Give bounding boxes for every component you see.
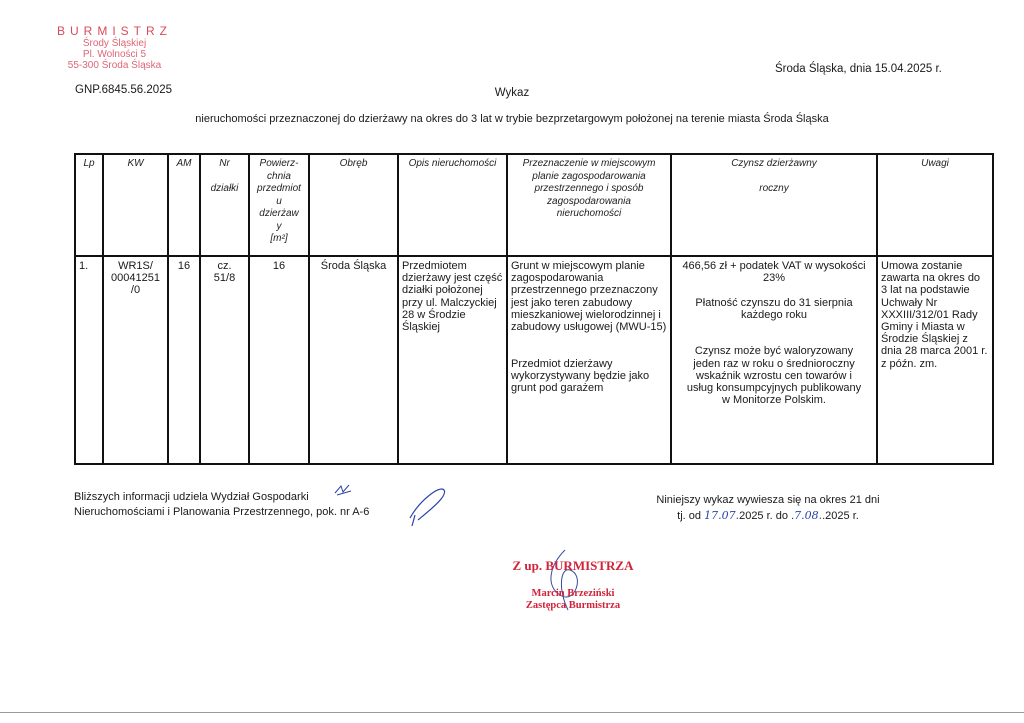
cell-obreb: Środa Śląska bbox=[309, 256, 398, 464]
cell-powierzchnia: 16 bbox=[249, 256, 309, 464]
header-text: Uwagi bbox=[921, 158, 949, 169]
cell-am: 16 bbox=[168, 256, 200, 464]
posting-prefix: tj. od bbox=[677, 510, 704, 522]
cell-kw: WR1S/ 00041251 /0 bbox=[103, 256, 168, 464]
stamp-line: 55-300 Środa Śląska bbox=[52, 60, 177, 71]
cell-przeznaczenie: Grunt w miejscowym planie zagospodarowan… bbox=[507, 256, 671, 464]
place-date: Środa Śląska, dnia 15.04.2025 r. bbox=[775, 63, 942, 75]
posting-to-date: 7.08. bbox=[794, 509, 822, 522]
mayor-stamp: BURMISTRZ Środy Śląskiej Pl. Wolności 5 … bbox=[52, 24, 177, 71]
header-nr-dzialki: Nr działki bbox=[200, 154, 249, 256]
header-am: AM bbox=[168, 154, 200, 256]
cell-czynsz: 466,56 zł + podatek VAT w wysokości 23% … bbox=[671, 256, 877, 464]
initials-mark-icon bbox=[333, 483, 355, 497]
header-text: Obręb bbox=[340, 158, 368, 169]
header-text: Przeznaczenie w miejscowym planie zagosp… bbox=[523, 158, 656, 219]
property-table: Lp KW AM Nr działki Powierz- chnia przed… bbox=[74, 153, 994, 465]
document-heading: Wykaz bbox=[0, 87, 1024, 99]
header-opis: Opis nieruchomości bbox=[398, 154, 507, 256]
signature-name: Marcin Brzeziński bbox=[498, 588, 648, 600]
cell-opis: Przedmiotem dzierżawy jest część działki… bbox=[398, 256, 507, 464]
stamp-line: Pl. Wolności 5 bbox=[52, 49, 177, 60]
header-obreb: Obręb bbox=[309, 154, 398, 256]
header-text: Powierz- chnia przedmiot u dzierżaw y [m… bbox=[257, 158, 301, 244]
cell-uwagi: Umowa zostanie zawarta na okres do 3 lat… bbox=[877, 256, 993, 464]
header-text: Lp bbox=[83, 158, 94, 169]
table-header-row: Lp KW AM Nr działki Powierz- chnia przed… bbox=[75, 154, 993, 256]
page-bottom-rule bbox=[0, 712, 1024, 713]
stamp-line: Środy Śląskiej bbox=[52, 38, 177, 49]
header-kw: KW bbox=[103, 154, 168, 256]
header-przeznaczenie: Przeznaczenie w miejscowym planie zagosp… bbox=[507, 154, 671, 256]
document-subheading: nieruchomości przeznaczonej do dzierżawy… bbox=[0, 113, 1024, 125]
cell-lp: 1. bbox=[75, 256, 103, 464]
posting-line: Niniejszy wykaz wywiesza się na okres 21… bbox=[628, 493, 908, 508]
header-text: KW bbox=[127, 158, 143, 169]
initials-scribble-icon bbox=[400, 480, 450, 530]
posting-suffix: .2025 r. bbox=[822, 510, 859, 522]
info-line: Nieruchomościami i Planowania Przestrzen… bbox=[74, 505, 369, 520]
posting-dates: tj. od 17.07.2025 r. do .7.08..2025 r. bbox=[628, 508, 908, 524]
header-powierzchnia: Powierz- chnia przedmiot u dzierżaw y [m… bbox=[249, 154, 309, 256]
posting-period: Niniejszy wykaz wywiesza się na okres 21… bbox=[628, 493, 908, 524]
header-czynsz: Czynsz dzierżawny roczny bbox=[671, 154, 877, 256]
cell-nr-dzialki: cz. 51/8 bbox=[200, 256, 249, 464]
header-uwagi: Uwagi bbox=[877, 154, 993, 256]
header-text: Czynsz dzierżawny roczny bbox=[731, 158, 817, 194]
header-text: Opis nieruchomości bbox=[409, 158, 497, 169]
signature-authority: Z up. BURMISTRZA bbox=[498, 558, 648, 574]
signature-block: Z up. BURMISTRZA Marcin Brzeziński Zastę… bbox=[498, 558, 648, 612]
stamp-title: BURMISTRZ bbox=[52, 24, 177, 38]
info-line: Bliższych informacji udziela Wydział Gos… bbox=[74, 490, 369, 505]
header-text: AM bbox=[177, 158, 192, 169]
signature-role: Zastępca Burmistrza bbox=[498, 600, 648, 612]
info-contact: Bliższych informacji udziela Wydział Gos… bbox=[74, 490, 369, 520]
posting-middle: 2025 r. do . bbox=[739, 510, 794, 522]
header-text: Nr działki bbox=[211, 158, 239, 194]
table-row: 1. WR1S/ 00041251 /0 16 cz. 51/8 16 Środ… bbox=[75, 256, 993, 464]
header-lp: Lp bbox=[75, 154, 103, 256]
posting-from-date: 17.07. bbox=[704, 509, 739, 522]
